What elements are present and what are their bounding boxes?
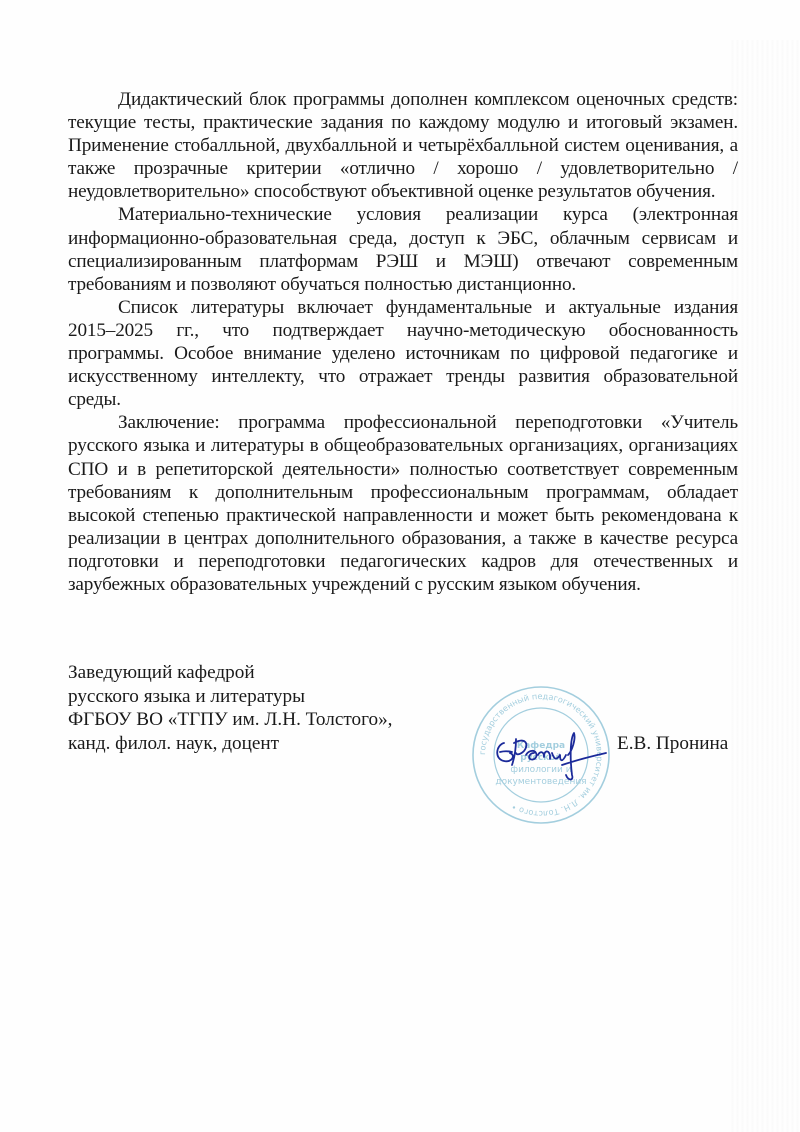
signer-department: русского языка и литературы bbox=[68, 685, 392, 709]
signer-degree: канд. филол. наук, доцент bbox=[68, 732, 392, 756]
paragraph-assessment: Дидактический блок программы дополнен ко… bbox=[68, 88, 738, 203]
paragraph-literature: Список литературы включает фундаментальн… bbox=[68, 296, 738, 411]
signer-name: Е.В. Пронина bbox=[617, 732, 728, 755]
paragraph-technical-conditions: Материально-технические условия реализац… bbox=[68, 203, 738, 295]
document-body: Дидактический блок программы дополнен ко… bbox=[68, 88, 738, 596]
paragraph-conclusion: Заключение: программа профессиональной п… bbox=[68, 411, 738, 596]
signer-position: Заведующий кафедрой bbox=[68, 661, 392, 685]
scan-texture bbox=[730, 40, 800, 1132]
document-page: Дидактический блок программы дополнен ко… bbox=[0, 0, 800, 1132]
signature-block: Заведующий кафедрой русского языка и лит… bbox=[68, 661, 392, 755]
signer-institution: ФГБОУ ВО «ТГПУ им. Л.Н. Толстого», bbox=[68, 708, 392, 732]
handwritten-signature-icon bbox=[490, 725, 610, 785]
